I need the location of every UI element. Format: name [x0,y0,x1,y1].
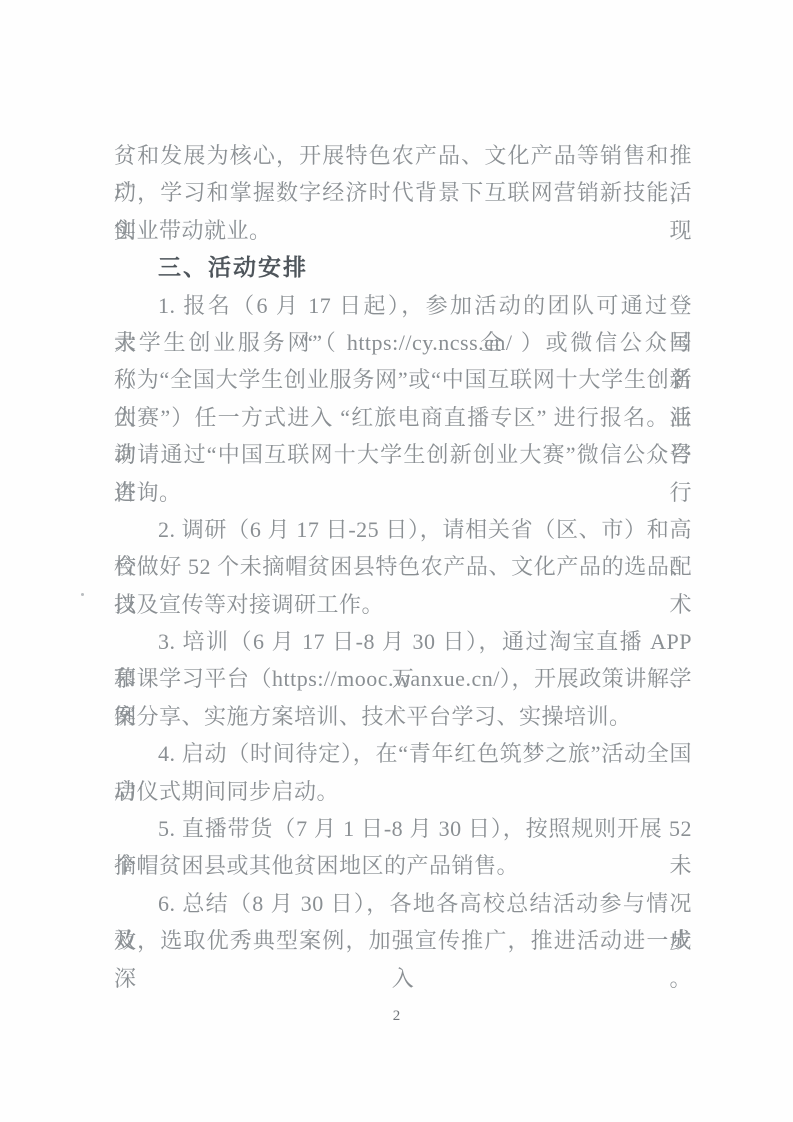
text-line: 动，学习和掌握数字经济时代背景下互联网营销新技能，实现 [114,174,692,211]
section-heading: 三、活动安排 [114,249,692,286]
text-block: 贫和发展为核心，开展特色农产品、文化产品等销售和推广活 动，学习和掌握数字经济时… [114,137,692,960]
text-line: 慕课学习平台（https://mooc.wanxue.cn/），开展政策讲解、案 [114,660,692,697]
scan-artifact-speck [81,593,84,596]
page-number: 2 [0,1008,793,1025]
text-line: 5. 直播带货（7 月 1 日-8 月 30 日），按照规则开展 52 个未 [114,810,692,847]
text-line: 6. 总结（8 月 30 日），各地各高校总结活动参与情况及成 [114,885,692,922]
text-line: 大学生创业服务网”（ https://cy.ncss.cn/ ）或微信公众号（名 [114,324,692,361]
text-line: 称为“全国大学生创业服务网”或“中国互联网十大学生创新创业 [114,361,692,398]
text-line: 4. 启动（时间待定），在“青年红色筑梦之旅”活动全国启 [114,735,692,772]
text-line: 例分享、实施方案培训、技术平台学习、实操培训。 [114,698,692,735]
text-line: 2. 调研（6 月 17 日-25 日），请相关省（区、市）和高校配 [114,511,692,548]
text-line: 3. 培训（6 月 17 日-8 月 30 日），通过淘宝直播 APP 和万学 [114,623,692,660]
document-page: 贫和发展为核心，开展特色农产品、文化产品等销售和推广活 动，学习和掌握数字经济时… [0,0,793,1122]
text-line: 效，选取优秀典型案例，加强宣传推广，推进活动进一步深入。 [114,922,692,959]
text-line: 1. 报名（6 月 17 日起），参加活动的团队可通过登录“全国 [114,287,692,324]
text-line: 询请通过“中国互联网十大学生创新创业大赛”微信公众号进行 [114,436,692,473]
text-line: 动仪式期间同步启动。 [114,773,692,810]
text-line: 大赛”）任一方式进入 “红旅电商直播专区” 进行报名。活动咨 [114,399,692,436]
text-line: 贫和发展为核心，开展特色农产品、文化产品等销售和推广活 [114,137,692,174]
text-line: 合做好 52 个未摘帽贫困县特色农产品、文化产品的选品、技术 [114,548,692,585]
